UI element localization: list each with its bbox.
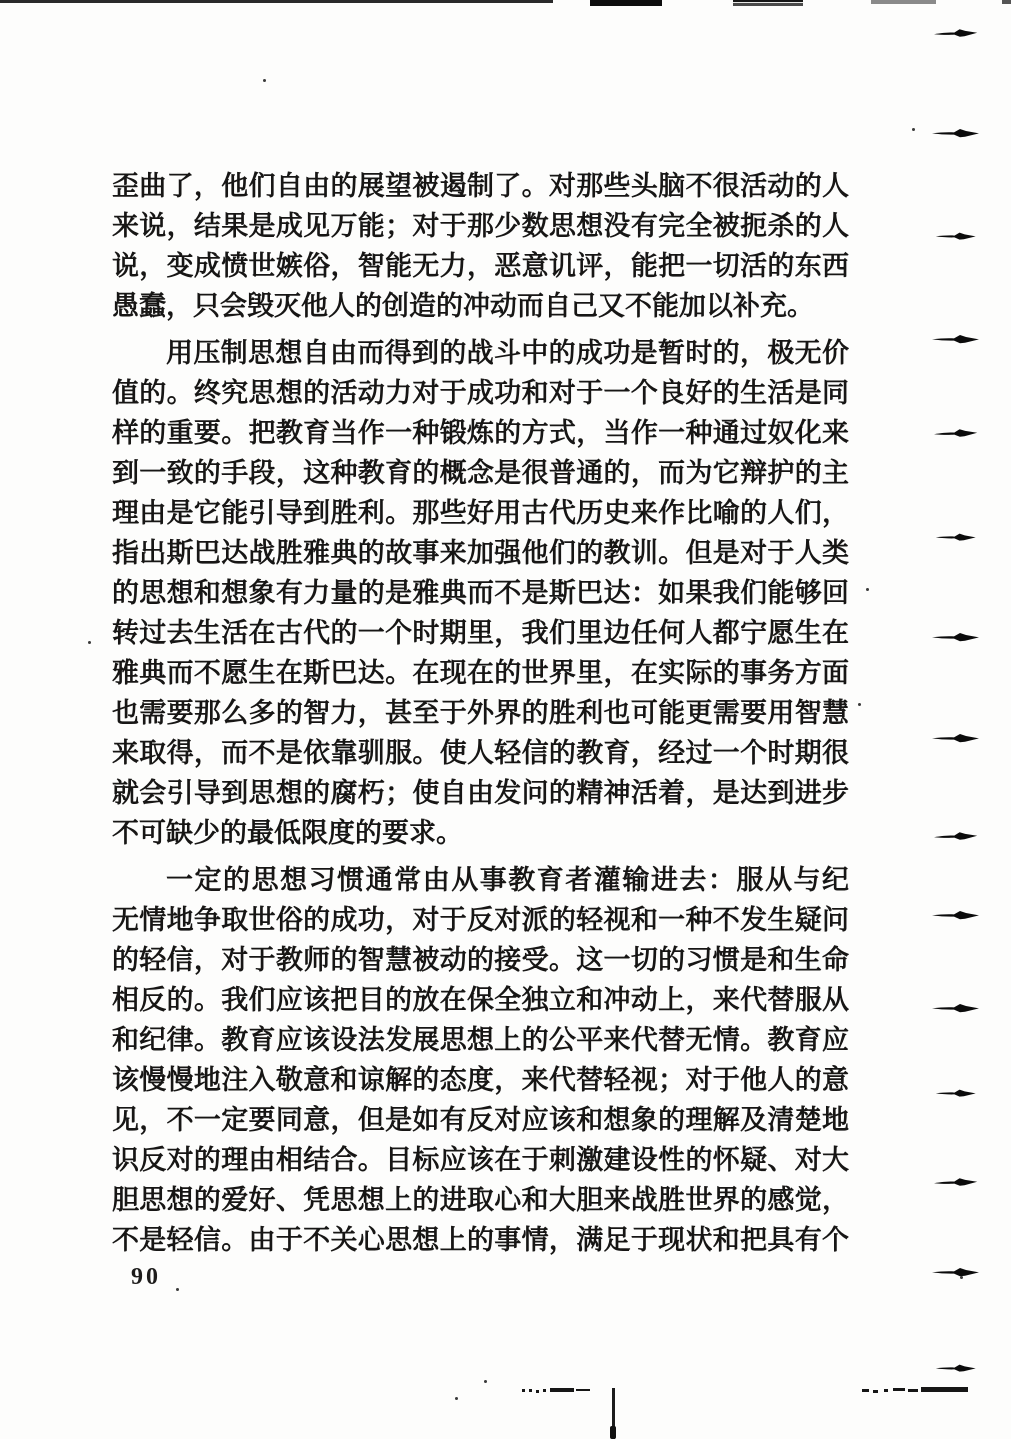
text-line: 用压制思想自由而得到的战斗中的成功是暂时的，极无价 bbox=[112, 333, 849, 373]
text-line: 也需要那么多的智力，甚至于外界的胜利也可能更需要用智慧 bbox=[112, 693, 849, 733]
page-edge-ink-mark bbox=[932, 731, 982, 746]
body-text: 歪曲了，他们自由的展望被遏制了。对那些头脑不很活动的人来说，结果是成见万能；对于… bbox=[112, 166, 849, 1260]
page-edge-ink-mark bbox=[936, 1087, 979, 1100]
scan-dash-mark bbox=[862, 1389, 869, 1392]
text-line: 雅典而不愿生在斯巴达。在现在的世界里，在实际的事务方面 bbox=[112, 653, 849, 693]
text-line: 理由是它能引导到胜利。那些好用古代历史来作比喻的人们，会 bbox=[112, 493, 849, 533]
text-line: 不是轻信。由于不关心思想上的事情，满足于现状和把具有个 bbox=[112, 1220, 849, 1260]
scan-speck bbox=[263, 79, 266, 82]
scan-edge-bar bbox=[871, 0, 936, 4]
scan-speck bbox=[88, 641, 91, 644]
scan-speck bbox=[960, 1276, 963, 1279]
text-line: 相反的。我们应该把目的放在保全独立和冲动上，来代替服从 bbox=[112, 980, 849, 1020]
text-line: 见，不一定要同意，但是如有反对应该和想象的理解及清楚地认 bbox=[112, 1100, 849, 1140]
page-edge-ink-mark bbox=[932, 1265, 982, 1280]
scan-edge-bar bbox=[0, 0, 553, 3]
text-line: 胆思想的爱好、凭思想上的进取心和大胆来战胜世界的感觉，而 bbox=[112, 1180, 849, 1220]
scan-dash-mark bbox=[908, 1389, 918, 1392]
text-line: 的轻信，对于教师的智慧被动的接受。这一切的习惯是和生命 bbox=[112, 940, 849, 980]
text-line: 无情地争取世俗的成功，对于反对派的轻视和一种不发生疑问 bbox=[112, 900, 849, 940]
scan-speck bbox=[866, 588, 869, 591]
text-line: 值的。终究思想的活动力对于成功和对于一个良好的生活是同 bbox=[112, 373, 849, 413]
page-edge-ink-mark bbox=[936, 230, 979, 243]
scan-dash-mark bbox=[576, 1389, 590, 1391]
scan-speck bbox=[176, 1288, 179, 1291]
text-line: 和纪律。教育应该设法发展思想上的公平来代替无情。教育应 bbox=[112, 1020, 849, 1060]
text-line: 愚蠢，只会毁灭他人的创造的冲动而自己又不能加以补充。 bbox=[112, 286, 849, 326]
page-edge-ink-mark bbox=[932, 126, 982, 141]
text-line: 到一致的手段，这种教育的概念是很普通的，而为它辩护的主要 bbox=[112, 453, 849, 493]
text-line: 样的重要。把教育当作一种锻炼的方式，当作一种通过奴化来达 bbox=[112, 413, 849, 453]
page-edge-ink-mark bbox=[934, 1175, 980, 1190]
text-line: 不可缺少的最低限度的要求。 bbox=[112, 813, 849, 853]
scan-speck bbox=[912, 128, 915, 131]
scan-edge-bar bbox=[733, 0, 803, 6]
scan-dash-mark bbox=[543, 1389, 546, 1392]
scan-dash-mark bbox=[893, 1388, 905, 1391]
paragraph: 歪曲了，他们自由的展望被遏制了。对那些头脑不很活动的人来说，结果是成见万能；对于… bbox=[112, 166, 849, 326]
page-edge-ink-mark bbox=[932, 908, 982, 923]
page-edge-ink-mark bbox=[936, 531, 979, 544]
scan-dash-mark bbox=[921, 1387, 968, 1392]
text-line: 识反对的理由相结合。目标应该在于刺激建设性的怀疑、对大 bbox=[112, 1140, 849, 1180]
page-edge-ink-mark bbox=[934, 829, 980, 844]
scan-dash-mark bbox=[550, 1388, 574, 1392]
text-line: 指出斯巴达战胜雅典的故事来加强他们的教训。但是对于人类 bbox=[112, 533, 849, 573]
text-line: 就会引导到思想的腐朽；使自由发问的精神活着，是达到进步所 bbox=[112, 773, 849, 813]
scan-speck bbox=[858, 703, 861, 706]
scan-dash-mark bbox=[529, 1389, 532, 1392]
scan-edge-bar bbox=[1002, 0, 1011, 4]
bottom-vertical-line-blob bbox=[610, 1426, 616, 1439]
scan-dash-mark bbox=[522, 1389, 525, 1392]
text-line: 来取得，而不是依靠驯服。使人轻信的教育，经过一个时期很快 bbox=[112, 733, 849, 773]
text-line: 该慢慢地注入敬意和谅解的态度，来代替轻视；对于他人的意 bbox=[112, 1060, 849, 1100]
scanned-book-page: 歪曲了，他们自由的展望被遏制了。对那些头脑不很活动的人来说，结果是成见万能；对于… bbox=[0, 0, 1011, 1439]
page-edge-ink-mark bbox=[932, 1001, 982, 1016]
scan-speck bbox=[455, 1397, 458, 1400]
page-edge-ink-mark bbox=[936, 1362, 979, 1375]
scan-dash-mark bbox=[536, 1390, 539, 1393]
paragraph: 用压制思想自由而得到的战斗中的成功是暂时的，极无价值的。终究思想的活动力对于成功… bbox=[112, 333, 849, 853]
page-number: 90 bbox=[131, 1264, 161, 1291]
page-edge-ink-mark bbox=[934, 426, 980, 441]
text-line: 的思想和想象有力量的是雅典而不是斯巴达：如果我们能够回 bbox=[112, 573, 849, 613]
page-edge-ink-mark bbox=[932, 630, 982, 645]
text-line: 来说，结果是成见万能；对于那少数思想没有完全被扼杀的人来 bbox=[112, 206, 849, 246]
scan-dash-mark bbox=[873, 1390, 878, 1393]
text-line: 转过去生活在古代的一个时期里，我们里边任何人都宁愿生在 bbox=[112, 613, 849, 653]
scan-dash-mark bbox=[884, 1389, 888, 1392]
scan-speck bbox=[484, 1380, 487, 1383]
text-line: 说，变成愤世嫉俗，智能无力，恶意讥评，能把一切活的东西看成 bbox=[112, 246, 849, 286]
text-line: 歪曲了，他们自由的展望被遏制了。对那些头脑不很活动的人 bbox=[112, 166, 849, 206]
paragraph: 一定的思想习惯通常由从事教育者灌输进去：服从与纪律，无情地争取世俗的成功，对于反… bbox=[112, 860, 849, 1260]
scan-edge-bar bbox=[590, 0, 662, 6]
text-line: 一定的思想习惯通常由从事教育者灌输进去：服从与纪律， bbox=[112, 860, 849, 900]
page-edge-ink-mark bbox=[932, 332, 982, 347]
page-edge-ink-mark bbox=[934, 26, 980, 41]
